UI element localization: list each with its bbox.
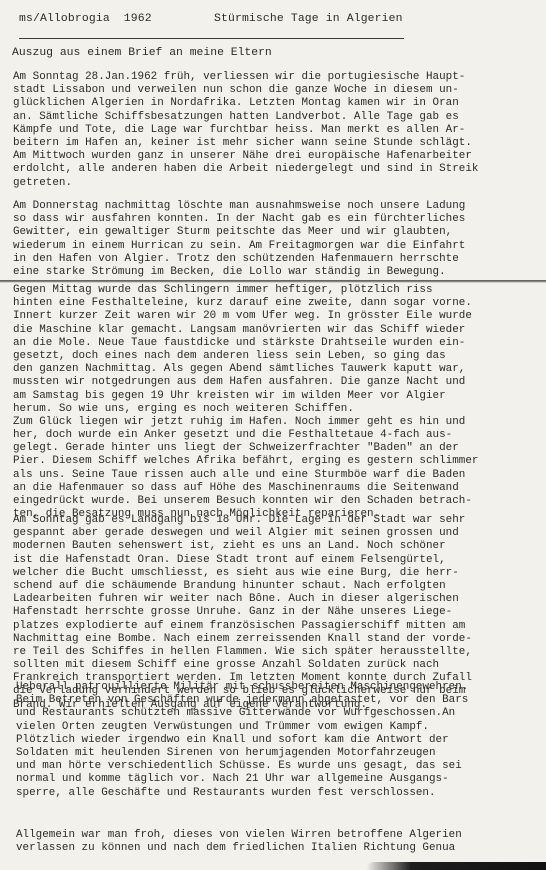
text-line: welcher die Bucht umschliesst, es sieht … [13,567,543,580]
text-line: Beim Betreten von Geschäften wurde jeder… [16,694,546,707]
text-line: gelegt. Gerade hinter uns liegt der Schw… [13,442,543,455]
text-line: als uns. Seine Taue rissen auch alle und… [13,469,543,482]
text-line: getreten. [13,177,543,190]
text-line: Gewitter, ein gewaltiger Sturm peitschte… [13,226,543,239]
text-line: gespannt aber gerade deswegen und weil A… [13,527,543,540]
text-line: in den Hafen von Algier. Trotz den schüt… [13,253,543,266]
text-line: Soldaten mit heulenden Sirenen von herum… [16,747,546,760]
text-line: Am Mittwoch wurden ganz in unserer Nähe … [13,150,543,163]
text-line: wiederum in einem Hurrican zu sein. Am F… [13,240,543,253]
text-line: Hafenstadt herrschte grosse Unruhe. Ganz… [13,606,543,619]
text-line: am Samstag bis gegen 19 Uhr kreisten wir… [13,390,543,403]
text-line: so dass wir ausfahren konnten. In der Na… [13,213,543,226]
text-line: beitern im Hafen an, keiner ist mehr sic… [13,137,543,150]
text-line: hinten eine Festhalteleine, kurz darauf … [13,297,543,310]
text-line: Pier. Diesem Schiff welches Afrika befäh… [13,455,543,468]
text-line: schend auf die schäumende Brandung hinun… [13,580,543,593]
text-line: vielen Orten zeugten Verwüstungen und Tr… [16,721,546,734]
header-ship-year: ms/Allobrogia 1962 [19,13,152,25]
text-line: herum. So wie uns, erging es noch weiter… [13,403,543,416]
text-line: her, doch wurde ein Anker gesetzt und di… [13,429,543,442]
text-line: Am Donnerstag nachmittag löschte man aus… [13,200,543,213]
text-line: sperre, alle Geschäfte und Restaurants w… [16,787,546,800]
text-line: an die Hafenmauer so dass auf Höhe des M… [13,482,543,495]
text-line: Allgemein war man froh, dieses von viele… [16,829,546,842]
text-line: Ueberall patrouillierte Militär mit schu… [16,681,546,694]
text-line: ist die Hafenstadt Oran. Diese Stadt tro… [13,554,543,567]
text-line: re Teil des Schiffes in hellen Flammen. … [13,646,543,659]
text-line: eingedrückt wurde. Bei unserem Besuch ko… [13,495,543,508]
text-line: normal und komme täglich vor. Nach 21 Uh… [16,773,546,786]
letter-subtitle: Auszug aus einem Brief an meine Eltern [12,47,272,59]
text-line: verlassen zu können und nach dem friedli… [16,842,546,855]
header-title: Stürmische Tage in Algerien [214,13,403,25]
text-line: Zum Glück liegen wir jetzt ruhig im Hafe… [13,416,543,429]
text-line: an die Mole. Neue Taue faustdicke und st… [13,337,543,350]
header-divider [19,38,404,39]
text-line: Ladearbeiten fuhren wir weiter nach Bône… [13,593,543,606]
paragraph-departure-relief: Allgemein war man froh, dieses von viele… [16,829,546,855]
text-line: mussten wir notgedrungen aus dem Hafen a… [13,376,543,389]
text-line: und Restaurants schützten massive Gitter… [16,707,546,720]
paragraph-storm: Am Donnerstag nachmittag löschte man aus… [13,200,543,279]
text-line: glücklichen Algerien in Nordafrika. Letz… [13,97,543,110]
paragraph-mooring-lines: Gegen Mittag wurde das Schlingern immer … [13,284,543,521]
scanned-letter-page: ms/Allobrogia 1962 Stürmische Tage in Al… [0,0,546,870]
text-line: Innert kurzer Zeit waren wir 20 m vom Uf… [13,310,543,323]
paste-seam-shadow [0,281,546,283]
text-line: Am Sonntag 28.Jan.1962 früh, verliessen … [13,71,543,84]
text-line: Kämpfe und Tote, die Lage war furchtbar … [13,124,543,137]
text-line: erdolcht, alle anderen haben die Arbeit … [13,163,543,176]
text-line: an. Sämtliche Schiffsbesatzungen hatten … [13,111,543,124]
text-line: Nachmittag eine Bombe. Nach einem zerrei… [13,633,543,646]
text-line: und man hörte verschiedentlich Schüsse. … [16,760,546,773]
text-line: eine starke Strömung im Becken, die Loll… [13,266,543,279]
paragraph-departure: Am Sonntag 28.Jan.1962 früh, verliessen … [13,71,543,190]
text-line: platzes explodierte auf einem französisc… [13,620,543,633]
text-line: die Maschine klar gemacht. Langsam manöv… [13,324,543,337]
text-line: sollten mit diesem Schiff eine grosse An… [13,659,543,672]
text-line: Am Sonntag gab es Landgang bis 18 Uhr. D… [13,514,543,527]
text-line: gesetzt, doch eines nach dem anderen lie… [13,350,543,363]
text-line: den ganzen Nachmittag. Als gegen Abend s… [13,363,543,376]
text-line: Gegen Mittag wurde das Schlingern immer … [13,284,543,297]
paragraph-military-patrols: Ueberall patrouillierte Militär mit schu… [16,681,546,800]
text-line: Plötzlich wieder irgendwo ein Knall und … [16,734,546,747]
scan-page-edge [366,862,546,870]
text-line: modernen Bauten sehenswert ist, zieht es… [13,540,543,553]
text-line: stadt Lissabon und verweilen nun schon d… [13,84,543,97]
